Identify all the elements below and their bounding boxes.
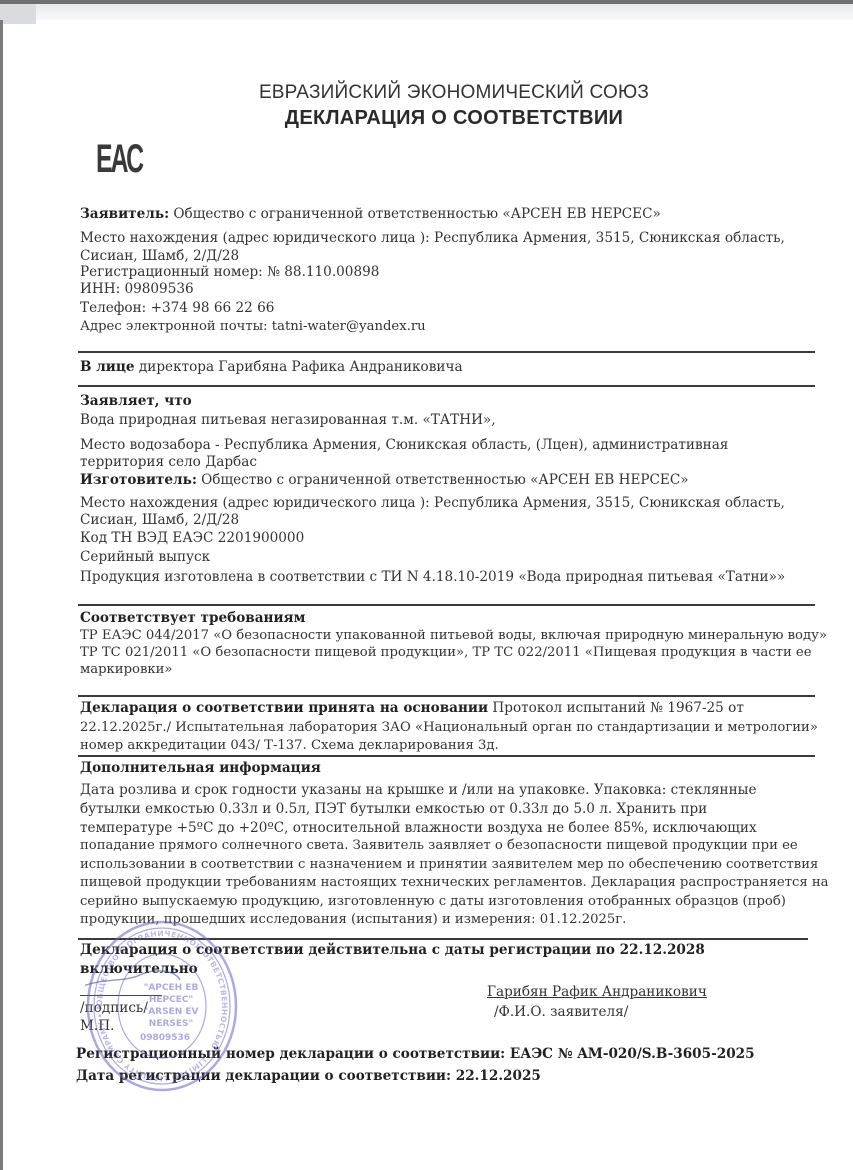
additional-line: температуре +5ºС до +20ºС, относительной… bbox=[80, 819, 757, 837]
document-title: ДЕКЛАРАЦИЯ О СООТВЕТСТВИИ bbox=[0, 107, 853, 130]
applicant-line: Заявитель: Общество с ограниченной ответ… bbox=[80, 205, 661, 223]
manufacturer-label: Изготовитель: bbox=[80, 472, 197, 488]
stamp-line: НЕРСЕС" bbox=[149, 995, 193, 1005]
union-name: ЕВРАЗИЙСКИЙ ЭКОНОМИЧЕСКИЙ СОЮЗ bbox=[0, 82, 853, 104]
applicant-label: Заявитель: bbox=[80, 206, 169, 222]
basis-protocol: Протокол испытаний № 1967-25 от bbox=[488, 700, 744, 716]
representative-label: В лице bbox=[80, 359, 135, 375]
stamp-line: "ARSEN EV bbox=[144, 1007, 199, 1017]
divider bbox=[78, 385, 815, 387]
additional-line: бутылки емкостью 0.33л и 0.5л, ПЭТ бутыл… bbox=[80, 800, 707, 818]
applicant-email: Адрес электронной почты: tatni-water@yan… bbox=[80, 318, 426, 336]
seal-icon: "АРСЕН ЕВ НЕРСЕС" "ARSEN EV NERSES" 0980… bbox=[85, 920, 240, 1092]
manufacturer-address-2: Сисиан, Шамб, 2/Д/28 bbox=[80, 511, 239, 529]
representative-name: директора Гарибяна Рафика Андраниковича bbox=[135, 359, 463, 375]
declares-label: Заявляет, что bbox=[80, 392, 192, 410]
company-seal-stamp: "АРСЕН ЕВ НЕРСЕС" "ARSEN EV NERSES" 0980… bbox=[85, 920, 240, 1092]
scan-edge-left bbox=[0, 20, 3, 1170]
divider bbox=[78, 604, 815, 606]
basis-label: Декларация о соответствии принята на осн… bbox=[80, 700, 488, 716]
divider bbox=[78, 695, 815, 697]
requirement-line-3: маркировки» bbox=[80, 661, 173, 679]
hs-code: Код ТН ВЭД ЕАЭС 2201900000 bbox=[80, 529, 304, 547]
basis-line-2: 22.12.2025г./ Испытательная лаборатория … bbox=[80, 719, 818, 737]
additional-line: Дата розлива и срок годности указаны на … bbox=[80, 781, 757, 799]
representative-line: В лице директора Гарибяна Рафика Андрани… bbox=[80, 358, 463, 376]
scan-shadow-band bbox=[0, 4, 853, 20]
requirement-line-1: ТР ЕАЭС 044/2017 «О безопасности упакова… bbox=[80, 627, 827, 645]
product-spec: Продукция изготовлена в соответствии с Т… bbox=[80, 568, 785, 586]
additional-line: использовании в соответствии с назначени… bbox=[80, 856, 818, 874]
product-name: Вода природная питьевая негазированная т… bbox=[80, 411, 496, 429]
water-source-1: Место водозабора - Республика Армения, С… bbox=[80, 436, 728, 454]
release-type: Серийный выпуск bbox=[80, 548, 210, 566]
stamp-line: "АРСЕН ЕВ bbox=[144, 983, 199, 993]
signer-name: Гарибян Рафик Андраникович bbox=[487, 983, 707, 1001]
additional-line: попадание прямого солнечного света. Заяв… bbox=[80, 837, 798, 855]
water-source-2: территория село Дарбас bbox=[80, 453, 257, 471]
signer-caption: /Ф.И.О. заявителя/ bbox=[494, 1003, 628, 1021]
manufacturer-address-1: Место нахождения (адрес юридического лиц… bbox=[80, 494, 785, 512]
eac-logo-icon: ЕАС bbox=[96, 137, 142, 182]
manufacturer-line: Изготовитель: Общество с ограниченной от… bbox=[80, 471, 689, 489]
applicant-inn: ИНН: 09809536 bbox=[80, 280, 194, 298]
applicant-name: Общество с ограниченной ответственностью… bbox=[169, 206, 661, 222]
applicant-reg-number: Регистрационный номер: № 88.110.00898 bbox=[80, 263, 379, 281]
scan-corner bbox=[0, 4, 36, 24]
additional-line: серийно выпускаемую продукцию, изготовле… bbox=[80, 893, 786, 911]
basis-line-3: номер аккредитации 043/ Т-137. Схема дек… bbox=[80, 737, 499, 755]
manufacturer-name: Общество с ограниченной ответственностью… bbox=[197, 472, 689, 488]
divider bbox=[78, 351, 815, 353]
stamp-line: NERSES" bbox=[149, 1019, 193, 1029]
applicant-phone: Телефон: +374 98 66 22 66 bbox=[80, 299, 274, 317]
applicant-address-1: Место нахождения (адрес юридического лиц… bbox=[80, 229, 785, 247]
divider bbox=[78, 755, 815, 757]
requirements-label: Соответствует требованиям bbox=[80, 609, 305, 627]
additional-label: Дополнительная информация bbox=[80, 759, 321, 777]
requirement-line-2: ТР ТС 021/2011 «О безопасности пищевой п… bbox=[80, 644, 812, 662]
basis-line-1: Декларация о соответствии принята на осн… bbox=[80, 699, 744, 717]
additional-line: пищевой продукции требованиям настоящих … bbox=[80, 874, 829, 892]
stamp-line: 09809536 bbox=[140, 1033, 190, 1043]
